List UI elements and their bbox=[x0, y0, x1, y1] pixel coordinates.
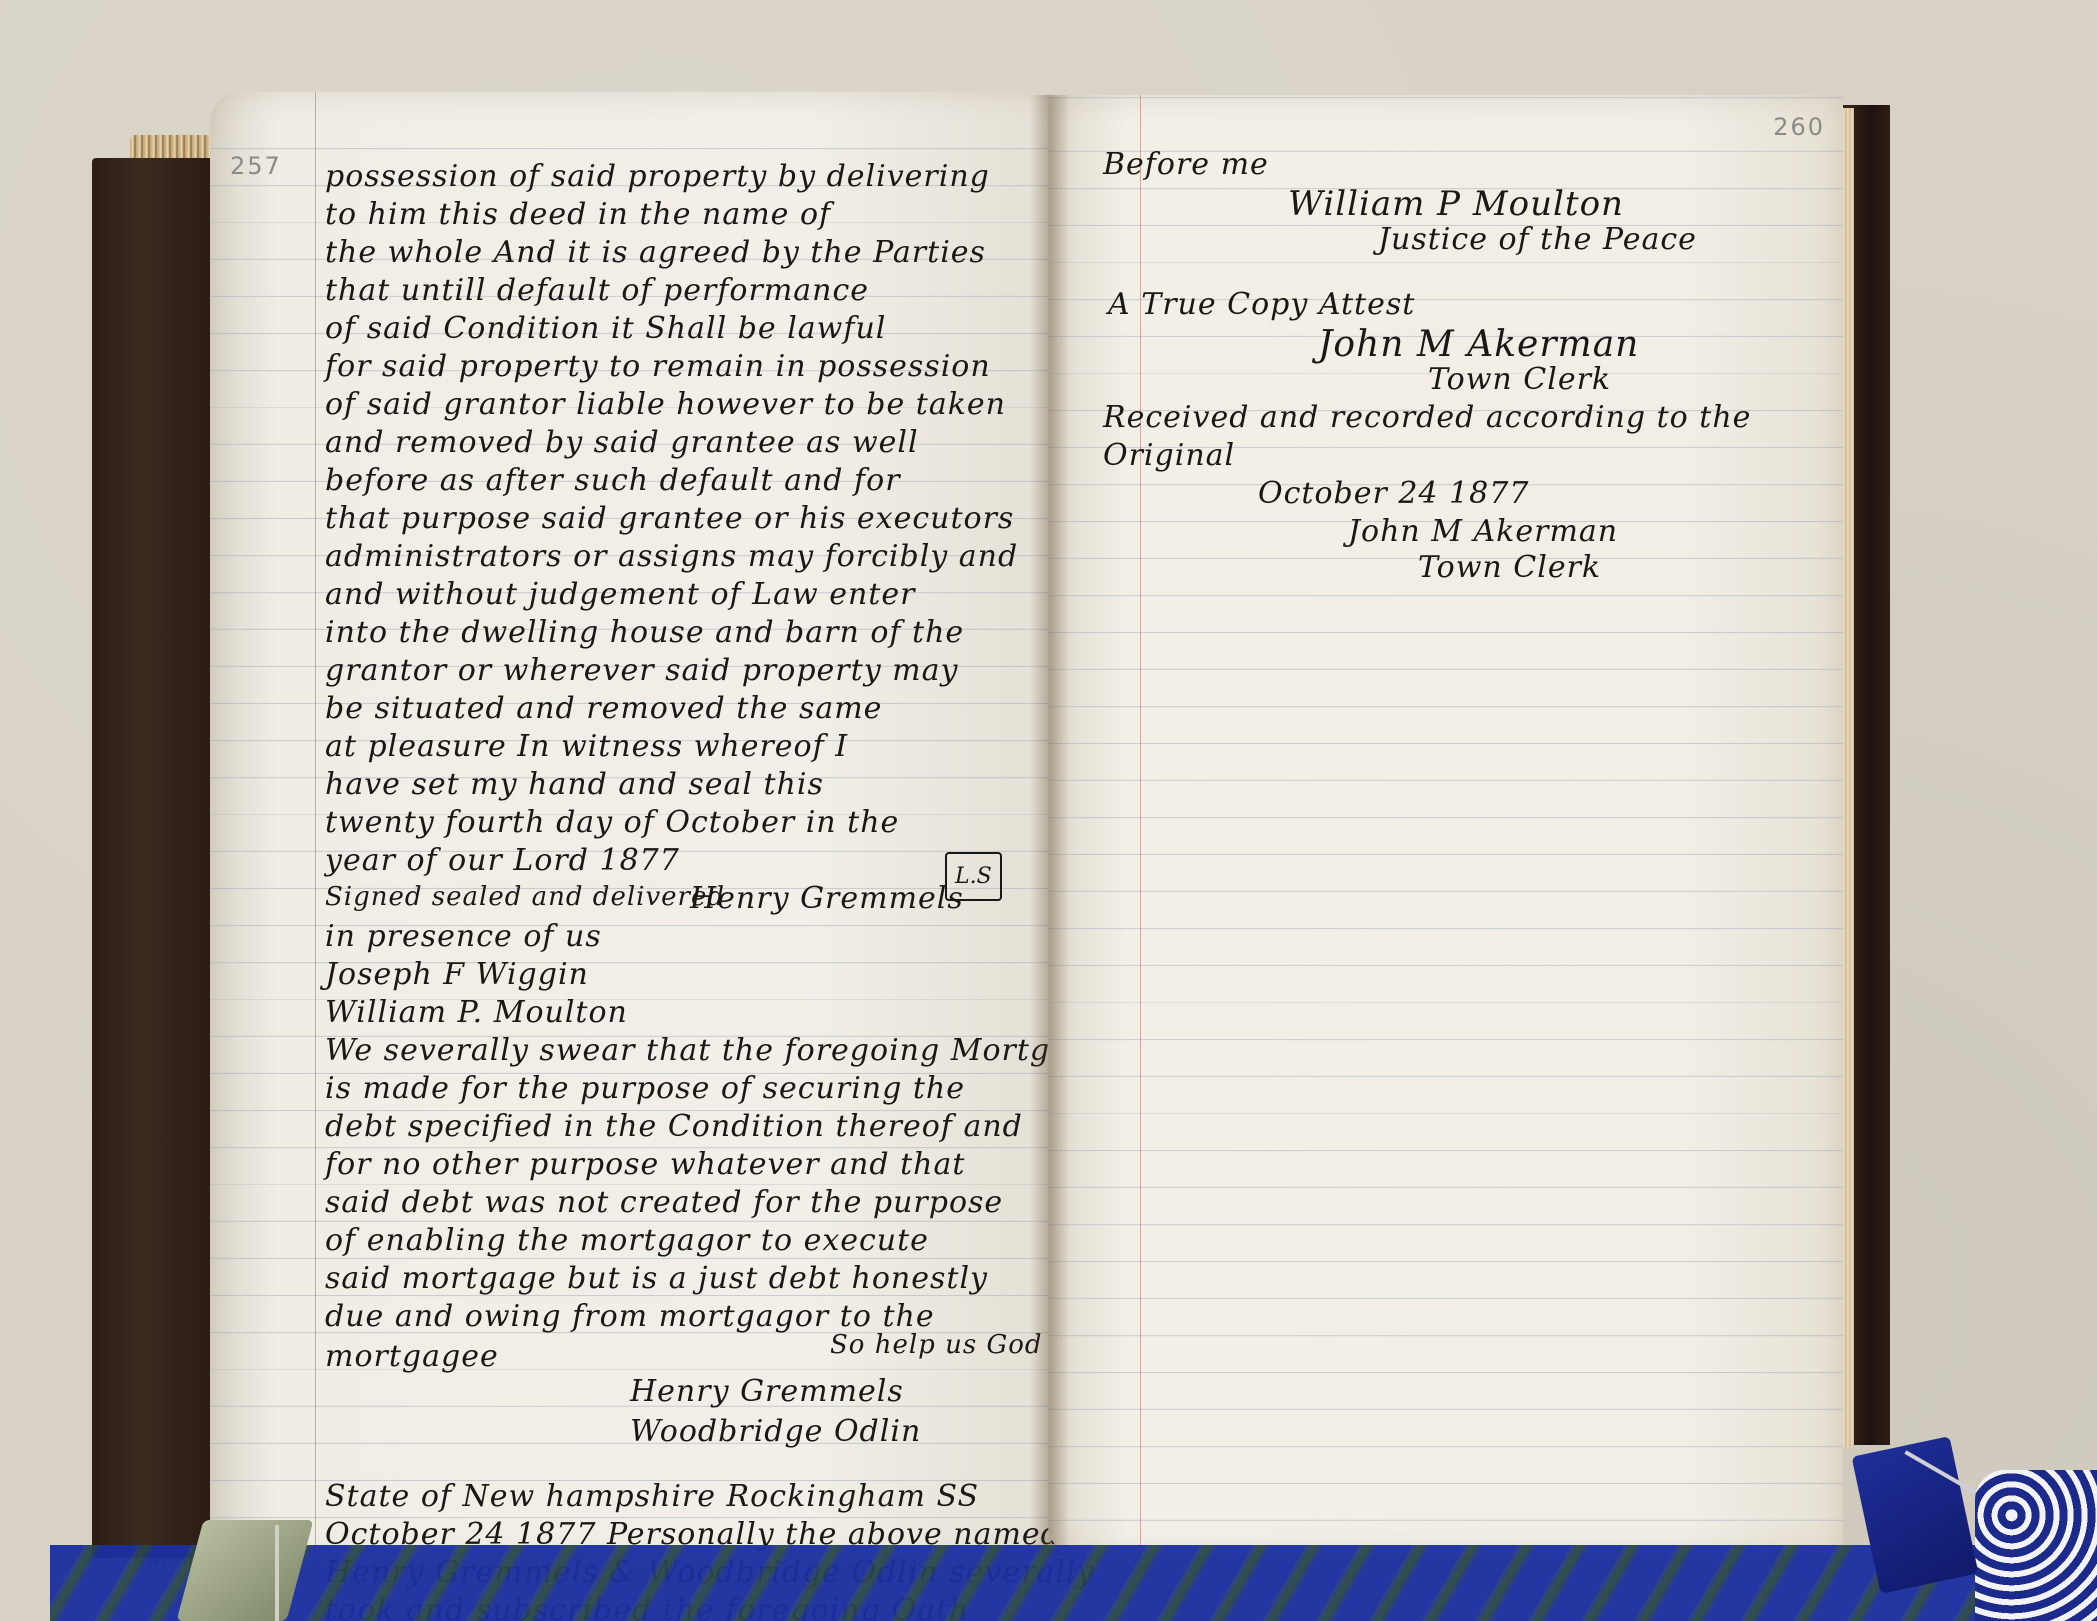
margin-rule bbox=[315, 92, 316, 1562]
binder-clip-wire bbox=[275, 1525, 279, 1621]
text-line: before as after such default and for bbox=[325, 466, 901, 496]
oath-line: mortgagee bbox=[325, 1342, 499, 1372]
justice-signature: William P Moulton bbox=[1288, 187, 1624, 221]
signing-line: Signed sealed and delivered bbox=[325, 884, 725, 910]
text-line: of said Condition it Shall be lawful bbox=[325, 314, 886, 344]
text-line: that untill default of performance bbox=[325, 276, 869, 306]
oath-line: debt specified in the Condition thereof … bbox=[325, 1112, 1023, 1142]
oath-line: for no other purpose whatever and that bbox=[325, 1150, 965, 1180]
book-cover-left bbox=[92, 158, 212, 1558]
clerk-title: Town Clerk bbox=[1418, 553, 1601, 583]
text-line: that purpose said grantee or his executo… bbox=[325, 504, 1014, 534]
oath-line: We severally swear that the foregoing Mo… bbox=[325, 1036, 1108, 1066]
text-line: at pleasure In witness whereof I bbox=[325, 732, 848, 762]
page-number: 260 bbox=[1773, 113, 1825, 141]
oath-signature: Henry Gremmels bbox=[630, 1377, 904, 1407]
jurat-line: State of New hampshire Rockingham SS bbox=[325, 1482, 979, 1512]
witness-signature: William P. Moulton bbox=[325, 998, 628, 1028]
seal-mark: L.S bbox=[945, 852, 1002, 901]
witness-intro: in presence of us bbox=[325, 922, 602, 952]
text-line: to him this deed in the name of bbox=[325, 200, 831, 230]
oath-line: said debt was not created for the purpos… bbox=[325, 1188, 1003, 1218]
justice-title: Justice of the Peace bbox=[1378, 225, 1697, 255]
oath-line: said mortgage but is a just debt honestl… bbox=[325, 1264, 988, 1294]
oath-signature: Woodbridge Odlin bbox=[630, 1417, 921, 1447]
oath-line: of enabling the mortgagor to execute bbox=[325, 1226, 929, 1256]
text-line: have set my hand and seal this bbox=[325, 770, 824, 800]
before-me: Before me bbox=[1103, 150, 1269, 180]
clerk-signature: John M Akerman bbox=[1318, 327, 1639, 363]
text-line: twenty fourth day of October in the bbox=[325, 808, 899, 838]
clerk-title: Town Clerk bbox=[1428, 365, 1611, 395]
page-number: 257 bbox=[230, 152, 282, 180]
text-line: of said grantor liable however to be tak… bbox=[325, 390, 1006, 420]
patterned-cloth bbox=[1975, 1470, 2097, 1621]
grantor-signature: Henry Gremmels bbox=[690, 884, 964, 914]
record-date: October 24 1877 bbox=[1258, 479, 1529, 509]
oath-line: due and owing from mortgagor to the bbox=[325, 1302, 935, 1332]
left-page: 257 possession of said property by deliv… bbox=[210, 92, 1060, 1562]
text-line: year of our Lord 1877 bbox=[325, 846, 680, 876]
text-line: be situated and removed the same bbox=[325, 694, 882, 724]
text-line: the whole And it is agreed by the Partie… bbox=[325, 238, 986, 268]
text-line: and without judgement of Law enter bbox=[325, 580, 915, 610]
witness-signature: Joseph F Wiggin bbox=[325, 960, 589, 990]
oath-closing: So help us God bbox=[830, 1332, 1043, 1358]
text-line: and removed by said grantee as well bbox=[325, 428, 919, 458]
text-line: grantor or wherever said property may bbox=[325, 656, 958, 686]
right-page: 260 Before me William P Moulton Justice … bbox=[1048, 95, 1843, 1555]
text-line: possession of said property by deliverin… bbox=[325, 162, 990, 192]
received-line: Original bbox=[1103, 441, 1235, 471]
book-gutter bbox=[1030, 95, 1070, 1555]
attest-line: A True Copy Attest bbox=[1108, 290, 1415, 320]
blue-tape bbox=[50, 1545, 2050, 1621]
oath-line: is made for the purpose of securing the bbox=[325, 1074, 965, 1104]
text-line: administrators or assigns may forcibly a… bbox=[325, 542, 1018, 572]
received-line: Received and recorded according to the bbox=[1103, 403, 1751, 433]
text-line: for said property to remain in possessio… bbox=[325, 352, 991, 382]
clerk-signature: John M Akerman bbox=[1348, 517, 1618, 547]
text-line: into the dwelling house and barn of the bbox=[325, 618, 964, 648]
